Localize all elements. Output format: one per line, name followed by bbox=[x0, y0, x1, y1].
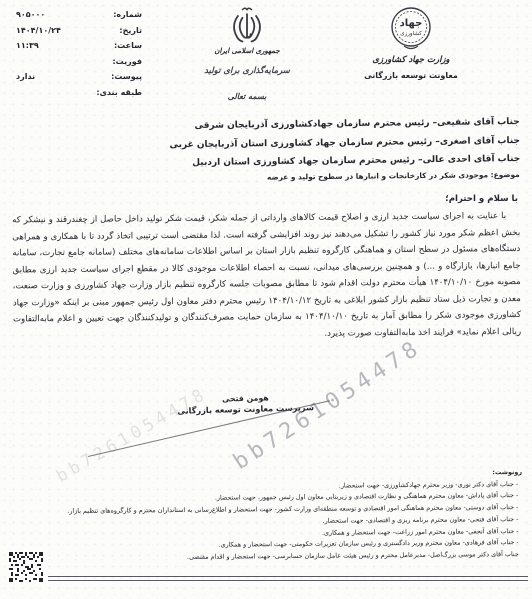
date-label: تاریخ: bbox=[119, 26, 142, 35]
iran-emblem-icon bbox=[228, 6, 266, 46]
besmele-calligraphy: بسمه تعالی bbox=[192, 92, 302, 101]
meta-row-classification: طبقه بندی: bbox=[16, 88, 142, 97]
meta-row-number: شماره: ۹۰۵۰۰۰ bbox=[16, 10, 142, 19]
date-value: ۱۴۰۴/۱۰/۲۴ bbox=[16, 26, 61, 35]
subject-label: موضوع: bbox=[491, 170, 520, 179]
logo-word-keshavarzi: کشاورزی bbox=[400, 30, 422, 37]
urgency-label: فوریت: bbox=[112, 57, 142, 66]
deputy-name: معاونت توسعه بازرگانی bbox=[352, 71, 470, 80]
meta-row-date: تاریخ: ۱۴۰۴/۱۰/۲۴ bbox=[16, 26, 142, 35]
number-value: ۹۰۵۰۰۰ bbox=[16, 10, 45, 19]
salutation: با سلام و احترام؛ bbox=[445, 194, 518, 204]
logo-word-jahad: جهاد bbox=[400, 18, 423, 29]
footer-divider bbox=[48, 576, 528, 581]
subject-line: موضوع: موجودی شکر در کارخانجات و انبارها… bbox=[267, 170, 520, 182]
attachment-label: پیوست: bbox=[111, 72, 142, 81]
letter-body: با عنایت به اجرای سیاست جدید ارزی و اصلا… bbox=[12, 208, 521, 344]
organization-header: جهاد کشاورزی وزارت جهاد کشاورزی معاونت ت… bbox=[352, 4, 470, 80]
attachment-value: ندارد bbox=[16, 72, 35, 81]
time-label: ساعت: bbox=[114, 41, 142, 50]
meta-row-urgency: فوریت: bbox=[16, 57, 142, 66]
country-title: جمهوری اسلامی ایران bbox=[192, 47, 302, 55]
subject-text: موجودی شکر در کارخانجات و انبارها در سطو… bbox=[267, 170, 488, 181]
meta-row-attachment: پیوست: ندارد bbox=[16, 72, 142, 81]
jahad-keshavarzi-logo-icon: جهاد کشاورزی bbox=[388, 4, 434, 52]
letter-meta-block: شماره: ۹۰۵۰۰۰ تاریخ: ۱۴۰۴/۱۰/۲۴ ساعت: ۱۱… bbox=[16, 10, 142, 103]
national-header: جمهوری اسلامی ایران سرمایه‌گذاری برای تو… bbox=[192, 6, 302, 101]
qr-code bbox=[9, 552, 47, 584]
ministry-name-calligraphy: وزارت جهاد کشاورزی bbox=[352, 55, 470, 65]
number-label: شماره: bbox=[113, 10, 142, 19]
recipients-block: جناب آقای شفیعی– رئیس محترم سازمان جهادک… bbox=[12, 113, 521, 175]
cc-block: رونوشت: - جناب آقای دکتر نوری- وزیر محتر… bbox=[8, 467, 523, 565]
time-value: ۱۱:۳۹ bbox=[16, 41, 39, 50]
scanned-letter-page: شماره: ۹۰۵۰۰۰ تاریخ: ۱۴۰۴/۱۰/۲۴ ساعت: ۱۱… bbox=[0, 0, 532, 599]
year-slogan-calligraphy: سرمایه‌گذاری برای تولید bbox=[192, 66, 302, 76]
meta-row-time: ساعت: ۱۱:۳۹ bbox=[16, 41, 142, 50]
classification-label: طبقه بندی: bbox=[96, 88, 142, 97]
